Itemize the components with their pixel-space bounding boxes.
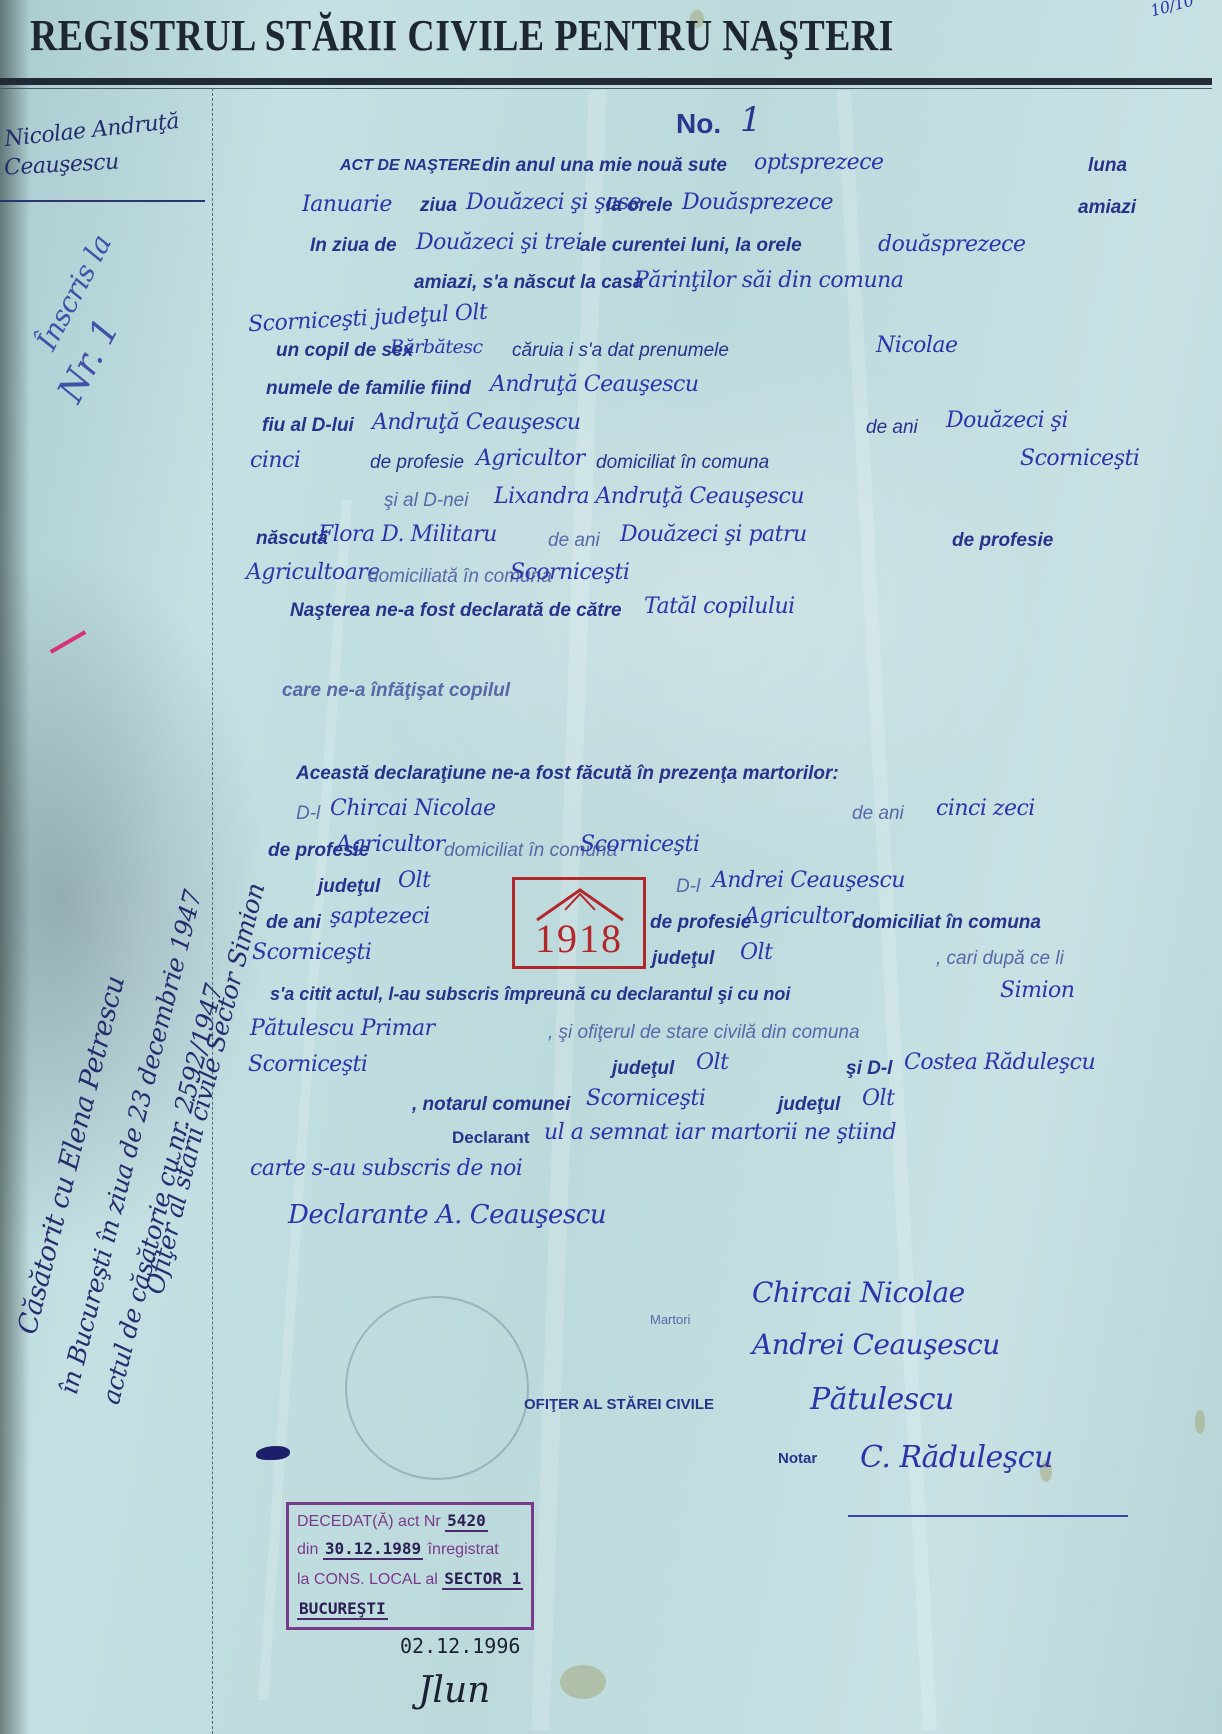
register-title: REGISTRUL STĂRII CIVILE PENTRU NAŞTERI xyxy=(30,10,942,61)
death-date: 30.12.1989 xyxy=(323,1539,423,1560)
red-1918-stamp: 1918 xyxy=(512,877,646,969)
hand-father-prof: Agricultor xyxy=(476,446,585,471)
printed-noon-label: amiazi xyxy=(1078,197,1136,219)
printed-signed-together: s'a citit actul, l-au subscris împreună … xyxy=(270,984,790,1005)
hand-witness2-age: şaptezeci xyxy=(330,904,430,929)
hand-birth-hour: douăsprezece xyxy=(878,232,1025,257)
printed-officer-county-label: judeţul xyxy=(612,1058,674,1080)
witness2-signature: Andrei Ceauşescu xyxy=(752,1328,1000,1361)
annotation-signature: Jlun xyxy=(418,1670,490,1711)
hand-declarant-note: ul a semnat iar martorii ne ştiind xyxy=(544,1120,896,1145)
hand-witness1: Chircai Nicolae xyxy=(330,796,496,821)
notary-label: Notar xyxy=(778,1450,817,1467)
witnesses-label: Martori xyxy=(650,1312,690,1327)
hand-declarant-note-2: carte s-au subscris de noi xyxy=(250,1156,522,1181)
printed-mother-prof-label: de profesie xyxy=(952,530,1053,552)
hand-notary-county: Olt xyxy=(862,1086,894,1111)
margin-rule xyxy=(0,200,205,202)
officer-signature: Pătulescu xyxy=(810,1382,954,1417)
printed-presented-child: care ne-a înfăţişat copilul xyxy=(282,680,510,702)
printed-declared-by-label: Naşterea ne-a fost declarată de către xyxy=(290,600,622,622)
act-number-value: 1 xyxy=(740,100,762,140)
printed-after-reading: , cari după ce li xyxy=(936,948,1064,970)
hand-witness2: Andrei Ceauşescu xyxy=(712,868,905,893)
printed-witness1-label: D-l xyxy=(296,803,320,825)
printed-father-prof-label: de profesie xyxy=(370,452,464,474)
printed-hour-label: la orele xyxy=(606,195,673,217)
hand-witness1-age: cinci zeci xyxy=(936,796,1035,821)
printed-notary-county-label: judeţul xyxy=(778,1094,840,1116)
hand-birthday: Douăzeci şi trei xyxy=(416,230,582,255)
hand-father-age-2: cinci xyxy=(250,448,300,473)
title-rule-thin xyxy=(0,88,1212,89)
printed-father-age-label: de ani xyxy=(866,417,918,439)
annotation-date: 02.12.1996 xyxy=(400,1634,520,1658)
hand-hour: Douăsprezece xyxy=(682,190,833,215)
hand-notary: Costea Răduleşcu xyxy=(904,1050,1095,1075)
hand-father-domicile: Scorniceşti xyxy=(1020,446,1139,471)
hand-officer-county: Olt xyxy=(696,1050,728,1075)
printed-declarant-label: Declarant xyxy=(452,1128,529,1148)
witness1-signature: Chircai Nicolae xyxy=(752,1276,965,1309)
printed-notary-commune: , notarul comunei xyxy=(412,1094,570,1116)
officer-label: OFIŢER AL STĂREI CIVILE xyxy=(524,1396,714,1413)
death-act-number: 5420 xyxy=(445,1511,488,1532)
hand-notary-commune: Scorniceşti xyxy=(586,1086,705,1111)
printed-firstname-label: căruia i s'a dat prenumele xyxy=(512,340,729,362)
stamp-year: 1918 xyxy=(515,915,643,962)
printed-mother-age-label: de ani xyxy=(548,530,600,552)
death-stamp: DECEDAT(Ă) act Nr 5420 din 30.12.1989 în… xyxy=(286,1502,534,1630)
hand-firstname: Nicolae xyxy=(876,333,958,358)
hand-mother-prof: Agricultoare xyxy=(246,560,380,585)
notary-signature-line xyxy=(848,1515,1128,1517)
printed-witnesses-intro: Această declaraţiune ne-a fost făcută în… xyxy=(296,763,839,785)
hand-month: Ianuarie xyxy=(302,192,392,217)
hand-witness2-domicile: Scorniceşti xyxy=(252,940,371,965)
hand-father: Andruţă Ceauşescu xyxy=(372,410,581,435)
act-number-label: No. xyxy=(676,108,721,140)
printed-day-label: ziua xyxy=(420,195,457,217)
printed-surname-label: numele de familie fiind xyxy=(266,378,471,400)
margin-name-line-2: Ceauşescu xyxy=(3,146,179,180)
printed-birthday-label: In ziua de xyxy=(310,235,397,257)
printed-witness2-prof-label: de profesie xyxy=(650,912,751,934)
hand-born-at: Părinţilor săi din comuna xyxy=(634,268,903,293)
hand-witness1-prof: Agricultor xyxy=(336,832,445,857)
death-sector: SECTOR 1 xyxy=(442,1569,523,1590)
printed-birth-hour-label: ale curentei luni, la orele xyxy=(580,235,802,257)
title-rule xyxy=(0,78,1212,85)
death-stamp-council-label: la CONS. LOCAL al xyxy=(297,1571,438,1588)
hand-mother-domicile: Scorniceşti xyxy=(510,560,629,585)
hand-witness2-prof: Agricultor xyxy=(744,904,853,929)
printed-witness1-age-label: de ani xyxy=(852,803,904,825)
death-stamp-from-label: din xyxy=(297,1541,318,1558)
hand-witness2-county: Olt xyxy=(740,940,772,965)
hand-declared-by: Tatăl copilului xyxy=(644,594,795,619)
hand-witness1-domicile: Scorniceşti xyxy=(580,832,699,857)
printed-mother-label: şi al D-nei xyxy=(384,490,468,512)
hand-surname: Andruţă Ceauşescu xyxy=(490,372,699,397)
printed-witness2-label: D-l xyxy=(676,876,700,898)
printed-born-at-label: amiazi, s'a născut la casa xyxy=(414,272,643,294)
hand-maiden: Flora D. Militaru xyxy=(318,522,497,547)
margin-divider xyxy=(212,88,213,1734)
death-stamp-registered-label: înregistrat xyxy=(428,1541,499,1558)
printed-civil-officer: , şi ofiţerul de stare civilă din comuna xyxy=(548,1022,860,1044)
printed-witness2-county-label: judeţul xyxy=(652,948,714,970)
hand-witness1-county: Olt xyxy=(398,868,430,893)
hand-father-age: Douăzeci şi xyxy=(946,408,1068,433)
ink-blot xyxy=(256,1446,290,1460)
faded-round-seal xyxy=(345,1296,529,1480)
death-city: BUCUREŞTI xyxy=(297,1599,388,1620)
hand-sex: Bărbătesc xyxy=(390,336,483,358)
hand-mother: Lixandra Andruţă Ceauşescu xyxy=(494,484,804,509)
declarant-signature: Declarante A. Ceauşescu xyxy=(288,1200,606,1230)
hand-officer-commune: Scorniceşti xyxy=(248,1052,367,1077)
printed-witness2-age-label: de ani xyxy=(266,912,321,934)
printed-father-label: fiu al D-lui xyxy=(262,415,354,437)
printed-month-label: luna xyxy=(1088,155,1127,177)
act-heading: ACT DE NAŞTERE xyxy=(340,157,480,175)
notary-signature: C. Răduleşcu xyxy=(860,1440,1053,1475)
margin-name-block: Nicolae Andruţă Ceauşescu xyxy=(4,118,179,176)
hand-year: optsprezece xyxy=(754,150,884,175)
hand-mayor: Pătulescu Primar xyxy=(250,1016,435,1041)
printed-witness2-domicile-label: domiciliat în comuna xyxy=(852,912,1041,934)
hand-mayor-firstname: Simion xyxy=(1000,978,1074,1003)
printed-year-label: din anul una mie nouă sute xyxy=(482,155,727,177)
death-stamp-act-label: DECEDAT(Ă) act Nr xyxy=(297,1513,441,1530)
printed-witness1-county-label: judeţul xyxy=(318,876,380,898)
hand-mother-age: Douăzeci şi patru xyxy=(620,522,807,547)
printed-notary-label: şi D-l xyxy=(846,1058,892,1080)
printed-father-domicile-label: domiciliat în comuna xyxy=(596,452,769,474)
